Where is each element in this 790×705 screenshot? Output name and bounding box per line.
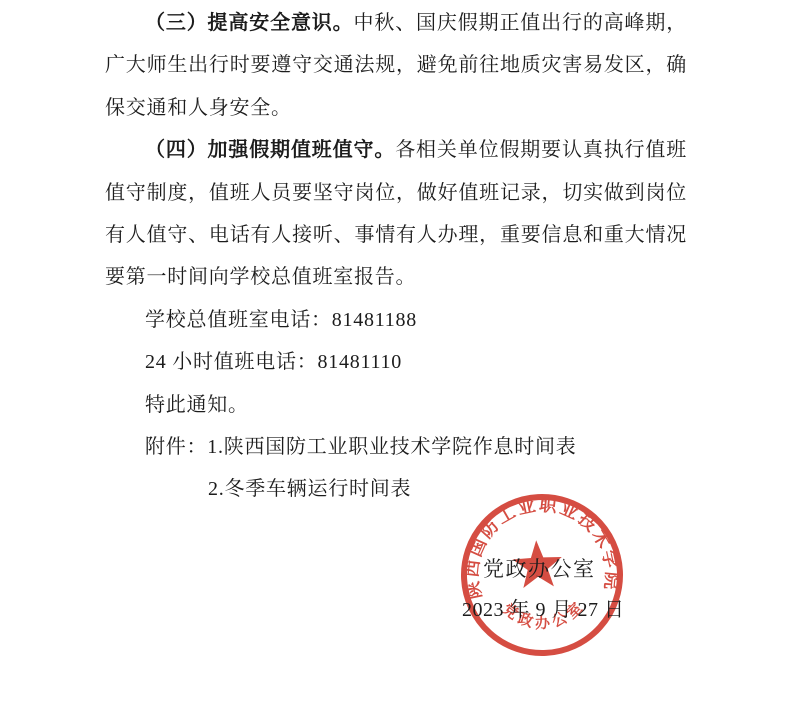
signature-department: 党政办公室 [483,553,596,583]
notice-body: （三）提高安全意识。中秋、国庆假期正值出行的高峰期，广大师生出行时要遵守交通法规… [105,2,687,511]
attachment-item-1: 1.陕西国防工业职业技术学院作息时间表 [207,436,576,458]
seal-ring-text: 陕西国防工业职业技术学院 [457,490,623,601]
attachment-line-1: 附件：1.陕西国防工业职业技术学院作息时间表 [105,426,687,468]
hotline-phone-line: 24 小时值班电话：81481110 [105,341,687,383]
paragraph-section-3-heading: （三）提高安全意识。 [145,12,354,34]
paragraph-section-3: （三）提高安全意识。中秋、国庆假期正值出行的高峰期，广大师生出行时要遵守交通法规… [105,2,687,129]
duty-office-phone-line: 学校总值班室电话：81481188 [105,299,687,341]
notice-closing-line: 特此通知。 [105,384,687,426]
attachment-label: 附件： [145,436,207,458]
signature-date: 2023 年 9 月 27 日 [462,593,625,622]
paragraph-section-4-text: 各相关单位假期要认真执行值班值守制度，值班人员要坚守岗位，做好值班记录，切实做到… [105,139,687,288]
paragraph-section-4-heading: （四）加强假期值班值守。 [145,139,395,161]
document-page: （三）提高安全意识。中秋、国庆假期正值出行的高峰期，广大师生出行时要遵守交通法规… [0,0,790,705]
paragraph-section-4: （四）加强假期值班值守。各相关单位假期要认真执行值班值守制度，值班人员要坚守岗位… [105,129,687,299]
